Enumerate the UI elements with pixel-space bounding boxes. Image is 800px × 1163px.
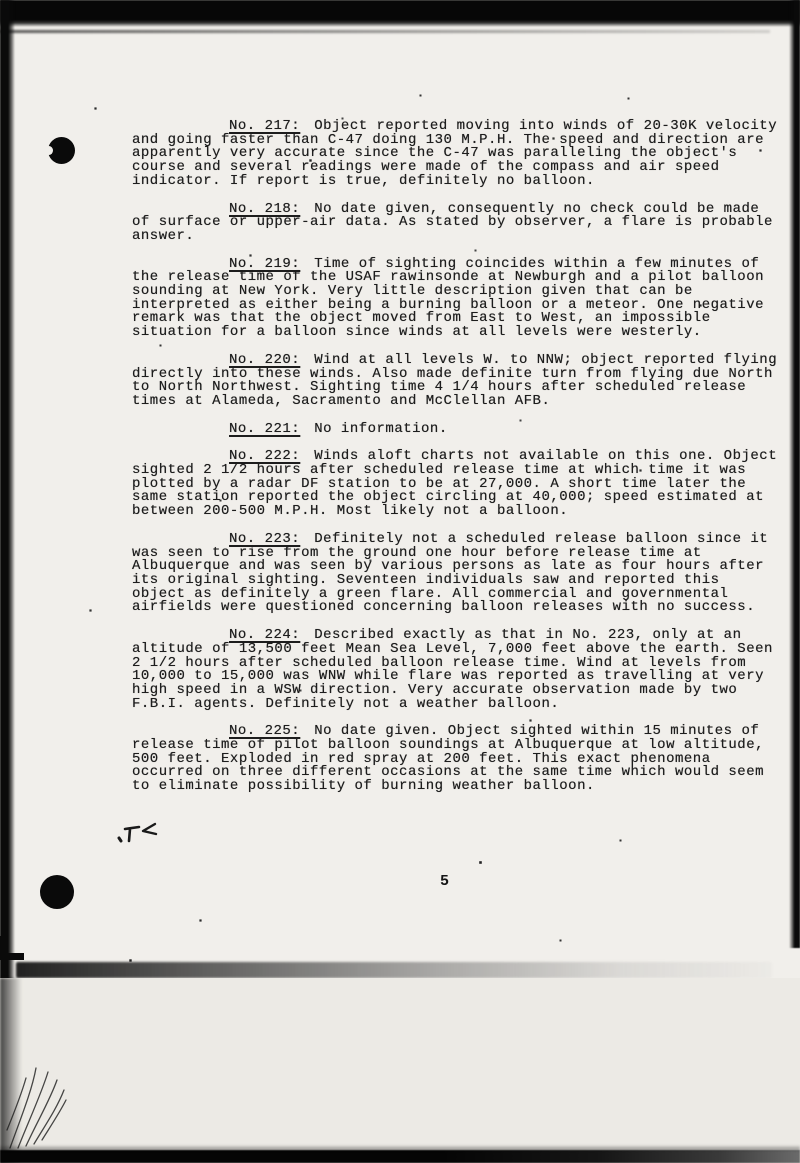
- paragraph-text: Time of sighting coincides within a few …: [132, 256, 764, 341]
- pen-annotation-mark: [112, 818, 160, 846]
- report-paragraph-220: No. 220:Wind at all levels W. to NNW; ob…: [132, 354, 780, 409]
- paragraph-number: No. 221:: [229, 421, 300, 437]
- page-number: 5: [440, 873, 449, 890]
- report-paragraph-219: No. 219:Time of sighting coincides withi…: [132, 258, 780, 340]
- scan-top-border: [0, 0, 800, 27]
- scan-bottom-border: [0, 1150, 800, 1163]
- scan-noise-speckles: [0, 0, 1, 1]
- hole-punch-mark: [48, 137, 75, 164]
- document-page: No. 217:Object reported moving into wind…: [0, 0, 800, 1163]
- report-paragraph-221: No. 221:No information.: [132, 423, 780, 437]
- report-paragraph-217: No. 217:Object reported moving into wind…: [132, 120, 780, 189]
- hole-punch-mark: [40, 875, 74, 909]
- scan-corner-mark: [0, 936, 24, 960]
- scan-right-border: [789, 0, 800, 948]
- paragraph-text: Definitely not a scheduled release ballo…: [132, 531, 768, 616]
- paper-crease-lines: [2, 1020, 112, 1150]
- report-paragraph-223: No. 223:Definitely not a scheduled relea…: [132, 533, 780, 615]
- page-bottom-edge-shadow: [16, 962, 772, 978]
- report-paragraph-218: No. 218:No date given, consequently no c…: [132, 203, 780, 244]
- report-paragraph-224: No. 224:Described exactly as that in No.…: [132, 629, 780, 711]
- scanner-backing-area: [0, 978, 800, 1163]
- report-body: No. 217:Object reported moving into wind…: [132, 120, 780, 808]
- paragraph-text: No information.: [314, 421, 448, 437]
- scan-top-streak: [0, 30, 770, 33]
- report-paragraph-225: No. 225:No date given. Object sighted wi…: [132, 725, 780, 794]
- report-paragraph-222: No. 222:Winds aloft charts not available…: [132, 450, 780, 519]
- paragraph-text: No date given. Object sighted within 15 …: [132, 723, 764, 794]
